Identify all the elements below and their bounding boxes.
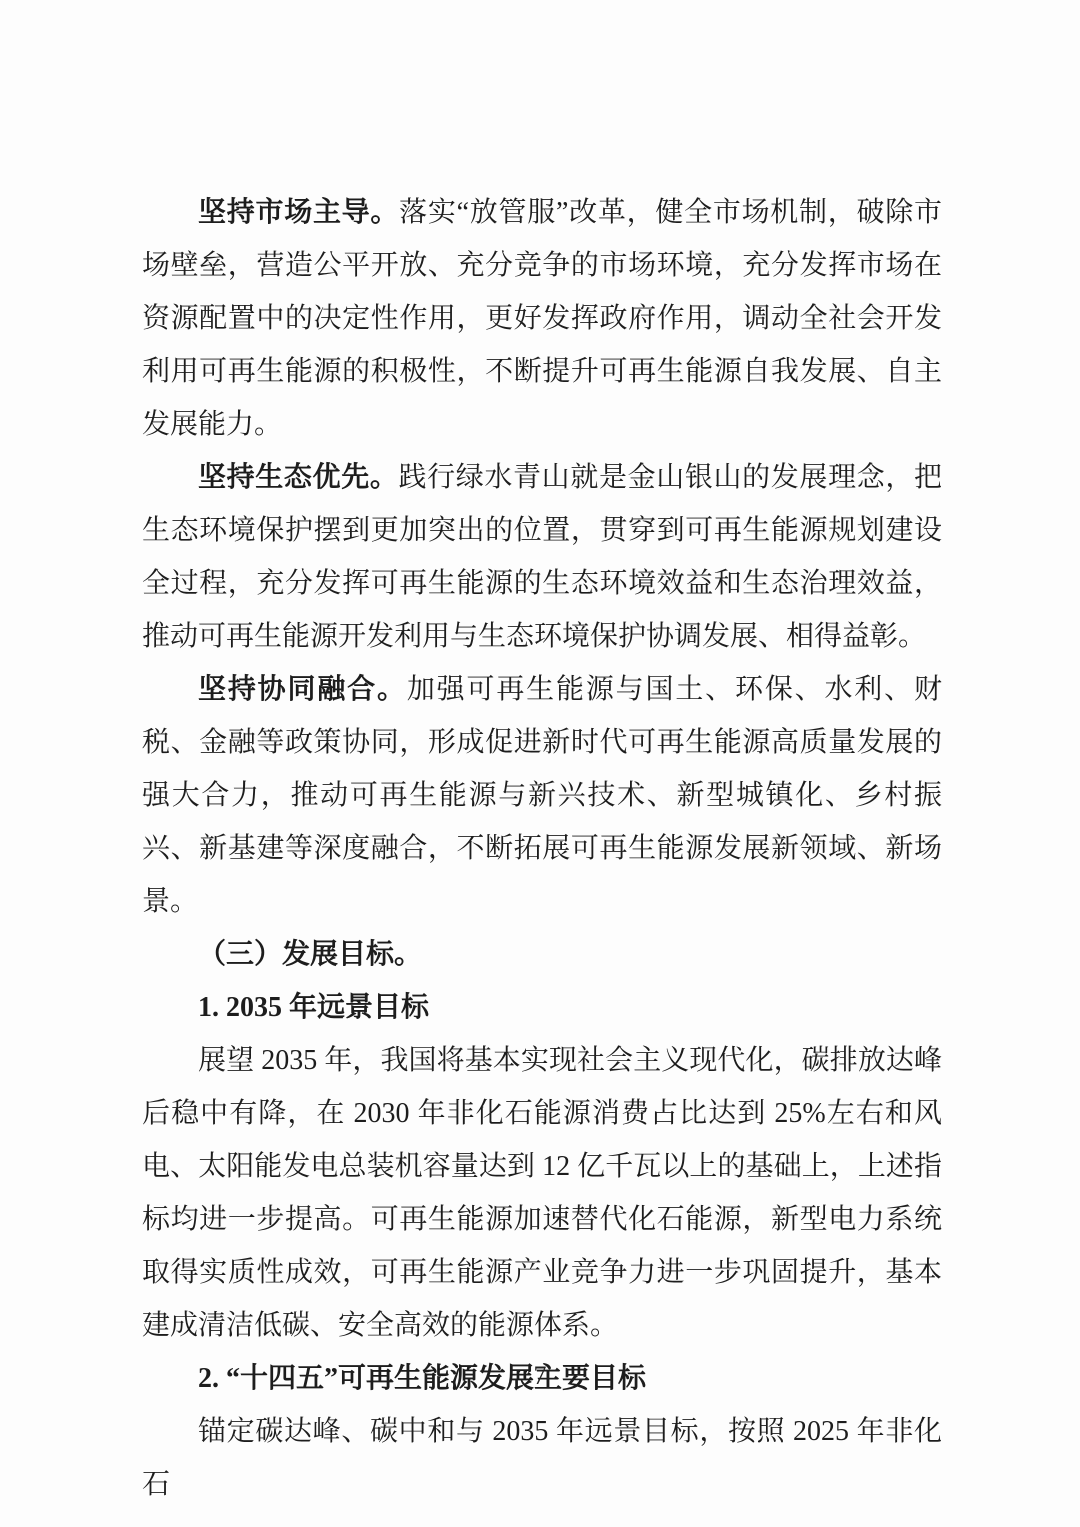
- subheading-2035-goals: 1. 2035 年远景目标: [142, 981, 942, 1034]
- body-paragraph-2035-outlook: 展望 2035 年，我国将基本实现社会主义现代化，碳排放达峰后稳中有降，在 20…: [142, 1034, 942, 1352]
- principle-text-synergy: 加强可再生能源与国土、环保、水利、财税、金融等政策协同，形成促进新时代可再生能源…: [142, 674, 942, 917]
- body-paragraph-carbon-targets: 锚定碳达峰、碳中和与 2035 年远景目标，按照 2025 年非化石: [142, 1405, 942, 1511]
- document-page: 坚持市场主导。落实“放管服”改革，健全市场机制，破除市场壁垒，营造公平开放、充分…: [0, 0, 1080, 1527]
- document-body: 坚持市场主导。落实“放管服”改革，健全市场机制，破除市场壁垒，营造公平开放、充分…: [142, 186, 942, 1511]
- principle-paragraph-ecology: 坚持生态优先。践行绿水青山就是金山银山的发展理念，把生态环境保护摆到更加突出的位…: [142, 451, 942, 663]
- principle-lead-market: 坚持市场主导。: [198, 197, 399, 228]
- principle-lead-synergy: 坚持协同融合。: [198, 674, 407, 705]
- page-number: 7: [0, 1356, 1080, 1396]
- section-heading-development-goals: （三）发展目标。: [142, 928, 942, 981]
- principle-text-market: 落实“放管服”改革，健全市场机制，破除市场壁垒，营造公平开放、充分竞争的市场环境…: [142, 197, 942, 440]
- principle-paragraph-synergy: 坚持协同融合。加强可再生能源与国土、环保、水利、财税、金融等政策协同，形成促进新…: [142, 663, 942, 928]
- principle-lead-ecology: 坚持生态优先。: [198, 462, 398, 493]
- principle-paragraph-market: 坚持市场主导。落实“放管服”改革，健全市场机制，破除市场壁垒，营造公平开放、充分…: [142, 186, 942, 451]
